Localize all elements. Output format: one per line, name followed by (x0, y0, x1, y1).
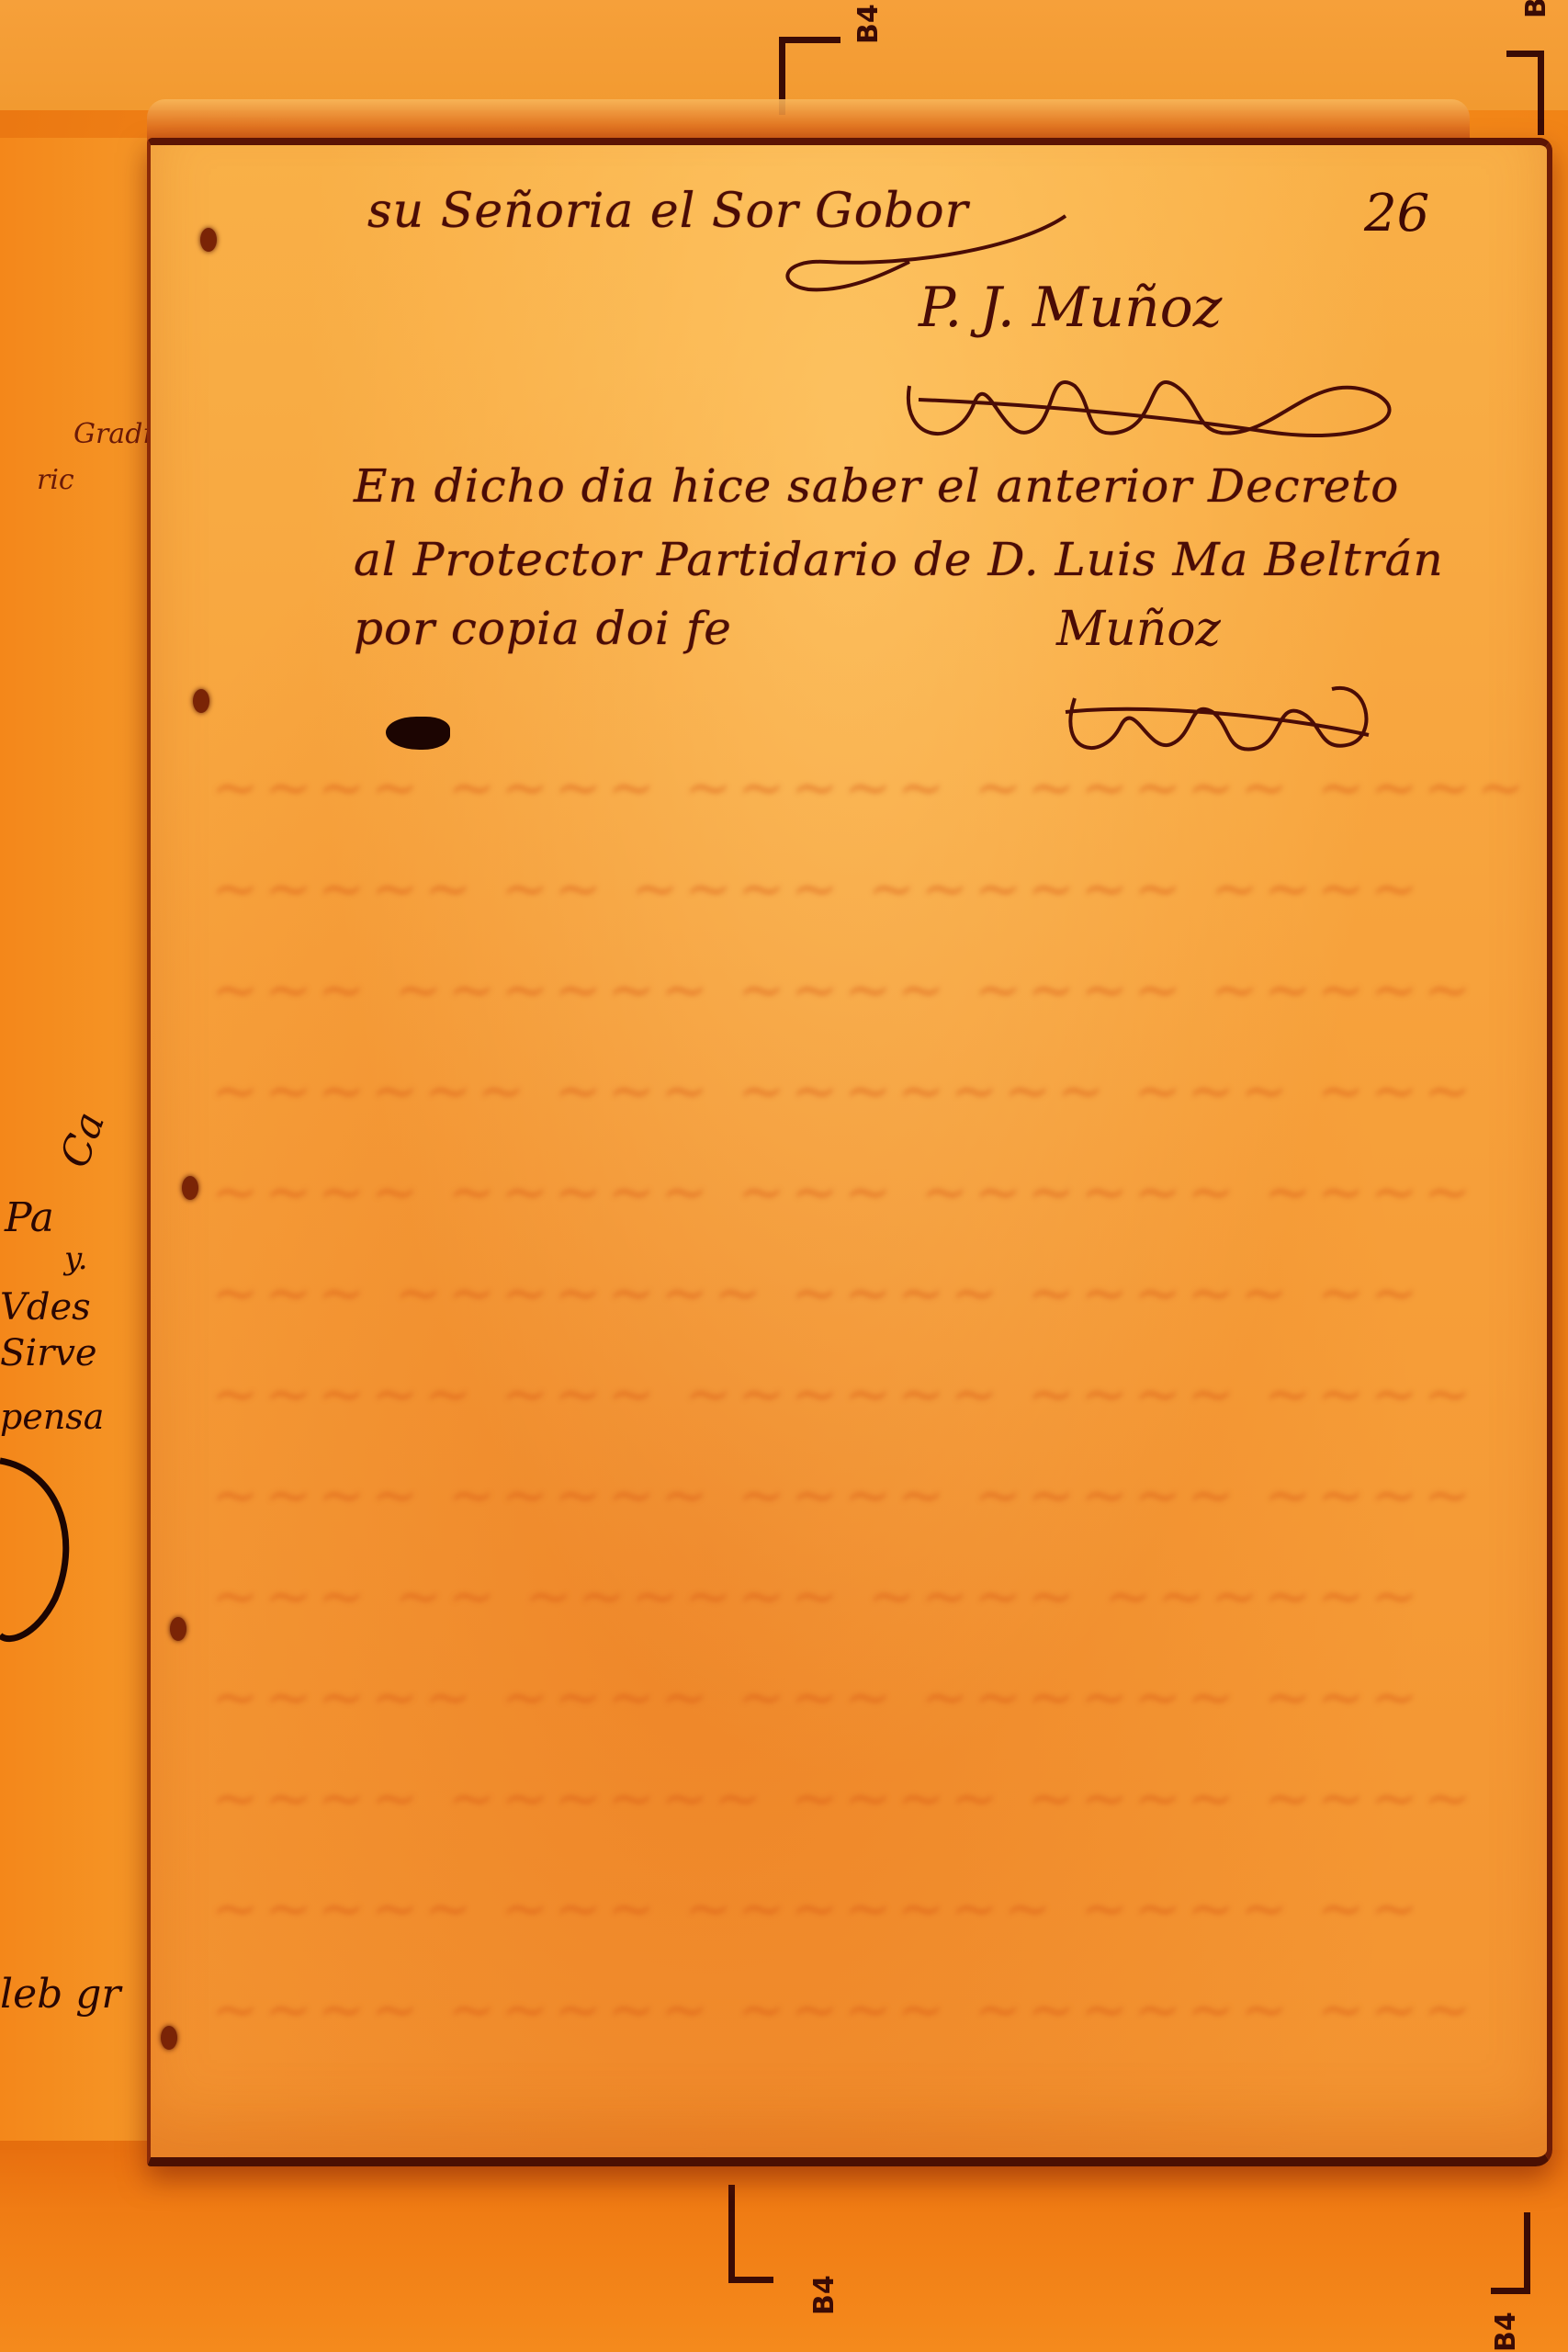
crop-label-bottom-right: B4 (1490, 2312, 1522, 2352)
binding-hole (161, 2026, 177, 2050)
bleed-through-line: ~~~ ~~~~~~ ~~~~ ~~~~ ~~~~~ (211, 955, 1477, 1023)
binding-hole (170, 1617, 186, 1641)
left-fragment: Pa (5, 1194, 54, 1241)
manuscript-line-2: En dicho dia hice saber el anterior Decr… (354, 459, 1399, 513)
crop-mark-bottom-left (728, 2185, 773, 2283)
ink-blot (386, 717, 450, 750)
left-fragment: pensa (0, 1396, 104, 1437)
left-fragment: Vdes (0, 1286, 91, 1329)
signature-2-rubric (1056, 661, 1387, 763)
bleed-through-line: ~~~~ ~~~~~ ~~~~ ~~~~~ ~~~~ (211, 1461, 1477, 1528)
bleed-through-line: ~~~~~ ~~~ ~~~~~~ ~~~~ ~~~~ (211, 1360, 1477, 1427)
bleed-through-line: ~~~~ ~~~~ ~~~~~ ~~~~~~ ~~~~ (211, 753, 1530, 820)
left-fragment: y. (64, 1240, 88, 1277)
bleed-through-line: ~~~ ~~ ~~~~~~ ~~~~ ~~~~~~ (211, 1562, 1424, 1629)
left-flourish (0, 1433, 101, 1654)
manuscript-line-4: por copia doi fe (354, 602, 732, 655)
crop-label-bottom-left: B4 (808, 2275, 840, 2315)
binding-hole (182, 1176, 198, 1200)
bleed-through-line: ~~~~~~ ~~~ ~~~~~~~ ~~~ ~~~ (211, 1057, 1477, 1124)
bleed-through-line: ~~~~ ~~~~~ ~~~ ~~~~~~ ~~~~ (211, 1158, 1477, 1225)
crop-label-top-left: B4 (852, 4, 885, 44)
bleed-through-line: ~~~~~ ~~ ~~~~ ~~~~~~ ~~~~ (211, 854, 1424, 922)
crop-label-top-right: B4 (1520, 0, 1552, 18)
left-fragment: ric (37, 464, 74, 496)
bleed-through-line: ~~~~ ~~~~~ ~~~~ ~~~~~~ ~~~ (211, 1975, 1477, 2042)
folio-number: 26 (1364, 184, 1429, 243)
bleed-through-line: ~~~ ~~~~~~~ ~~~~ ~~~~~ ~~ (211, 1259, 1424, 1326)
left-fragment: leb gr (0, 1971, 120, 2018)
bleed-through-line: ~~~~ ~~~~~~ ~~~~ ~~~~ ~~~~ (211, 1764, 1477, 1831)
crop-mark-bottom-right (1491, 2212, 1530, 2294)
binding-hole (200, 228, 217, 252)
signature-2: Muñoz (1056, 602, 1221, 657)
crop-mark-top-right (1506, 51, 1544, 135)
signature-1-rubric (900, 331, 1415, 450)
manuscript-line-3: al Protector Partidario de D. Luis Ma Be… (354, 533, 1444, 586)
binding-hole (193, 689, 209, 713)
bleed-through-line: ~~~~~ ~~~ ~~~~~~~ ~~~~ ~~ (211, 1874, 1424, 1941)
left-fragment: Sirve (0, 1332, 97, 1374)
bleed-through-line: ~~~~~ ~~~~ ~~~ ~~~~~~ ~~~ (211, 1663, 1424, 1730)
backing-board-bottom (0, 2150, 1568, 2352)
